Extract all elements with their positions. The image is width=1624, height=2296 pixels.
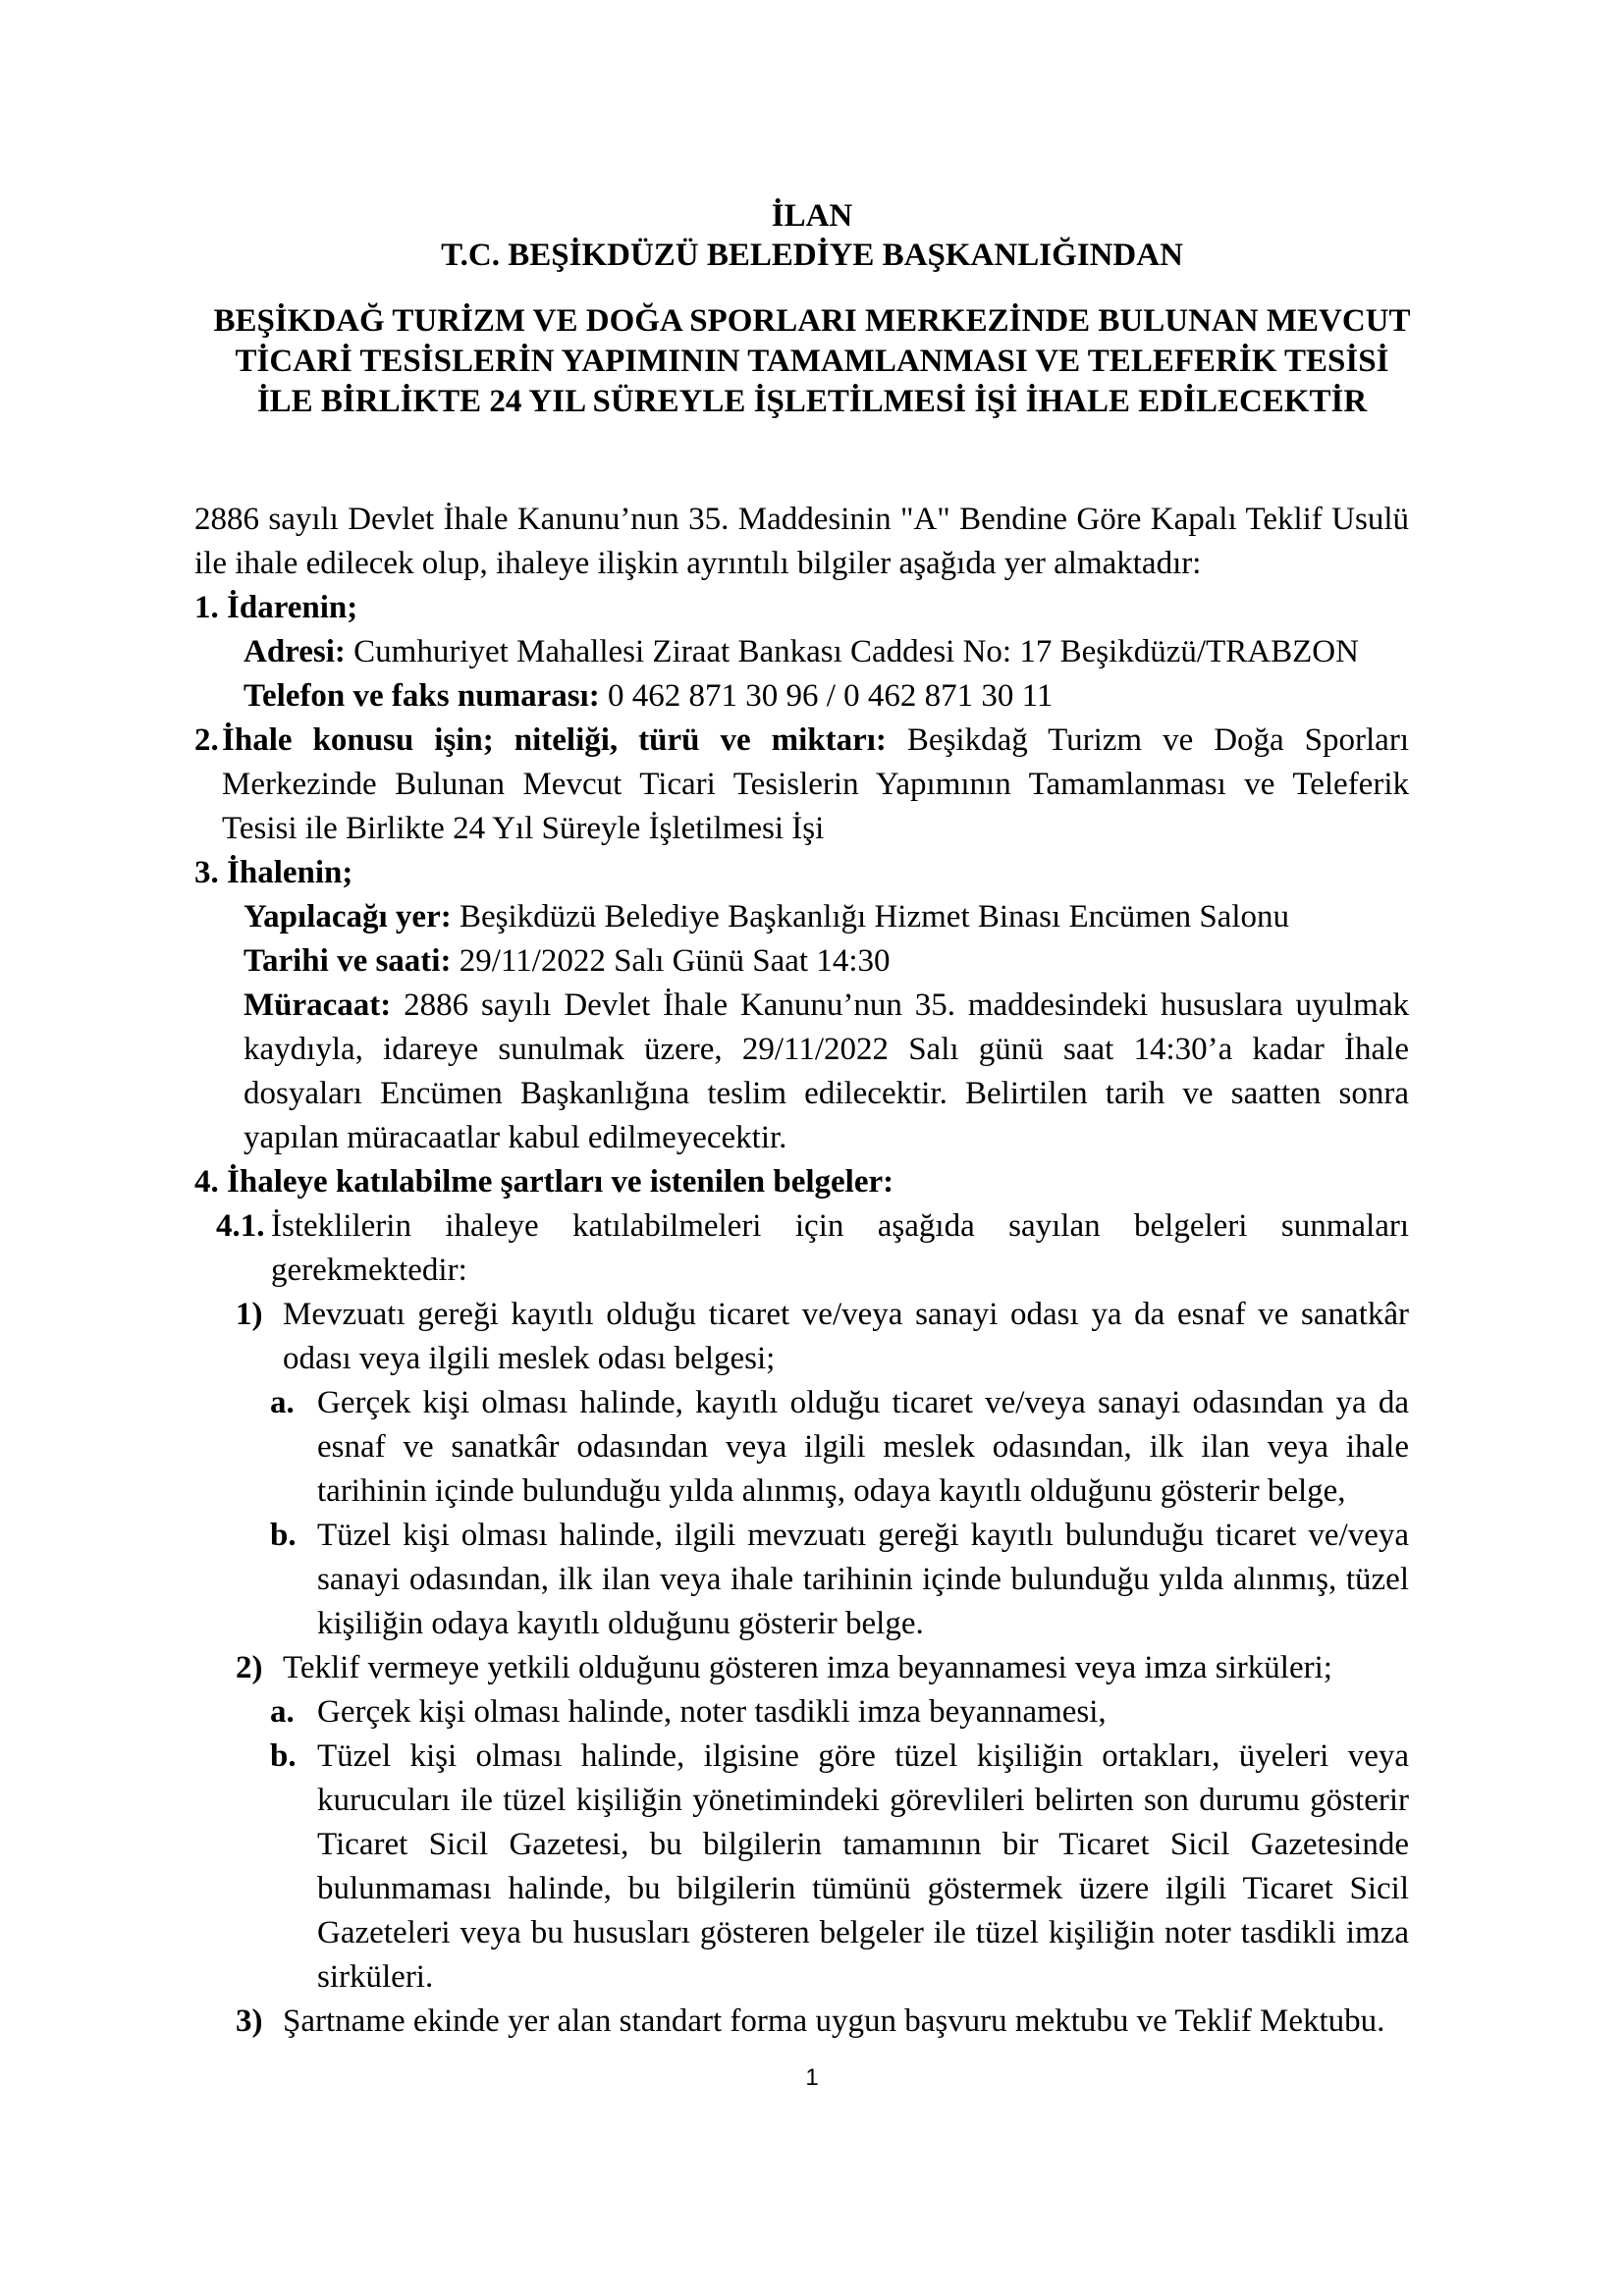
section-2-text: İhale konusu işin; niteliği, türü ve mik… <box>222 719 1409 851</box>
place-value: Beşikdüzü Belediye Başkanlığı Hizmet Bin… <box>452 899 1289 934</box>
item-1-text: Mevzuatı gereği kayıtlı olduğu ticaret v… <box>283 1293 1409 1381</box>
date-label: Tarihi ve saati: <box>244 943 451 979</box>
subject-line-2: TİCARİ TESİSLERİN YAPIMININ TAMAMLANMASI… <box>0 342 1624 382</box>
item-3-text: Şartname ekinde yer alan standart forma … <box>283 2000 1409 2044</box>
issuer-title: T.C. BEŞİKDÜZÜ BELEDİYE BAŞKANLIĞINDAN <box>0 234 1624 278</box>
requirement-item-1a: a. Gerçek kişi olması halinde, kayıtlı o… <box>194 1381 1409 1514</box>
item-1a-letter: a. <box>270 1381 317 1514</box>
subject-line-3: İLE BİRLİKTE 24 YIL SÜREYLE İŞLETİLMESİ … <box>0 382 1624 422</box>
item-2a-text: Gerçek kişi olması halinde, noter tasdik… <box>317 1690 1409 1735</box>
item-1b-letter: b. <box>270 1514 317 1646</box>
requirement-item-2: 2) Teklif vermeye yetkili olduğunu göste… <box>194 1646 1409 1690</box>
application-paragraph: Müracaat: 2886 sayılı Devlet İhale Kanun… <box>194 984 1409 1160</box>
item-2b-letter: b. <box>270 1735 317 2000</box>
announcement-title: İLAN <box>0 194 1624 239</box>
page-number: 1 <box>0 2056 1624 2100</box>
section-2-label: İhale konusu işin; niteliği, türü ve mik… <box>222 722 887 758</box>
application-label: Müracaat: <box>244 988 391 1023</box>
section-4-heading: 4. İhaleye katılabilme şartları ve isten… <box>194 1160 1409 1204</box>
phone-label: Telefon ve faks numarası: <box>244 678 600 714</box>
section-3-heading: 3. İhalenin; <box>194 851 1409 895</box>
intro-paragraph: 2886 sayılı Devlet İhale Kanunu’nun 35. … <box>194 498 1409 586</box>
requirement-item-2a: a. Gerçek kişi olması halinde, noter tas… <box>194 1690 1409 1735</box>
application-value: 2886 sayılı Devlet İhale Kanunu’nun 35. … <box>244 988 1409 1155</box>
item-2-text: Teklif vermeye yetkili olduğunu gösteren… <box>283 1646 1409 1690</box>
requirement-item-2b: b. Tüzel kişi olması halinde, ilgisine g… <box>194 1735 1409 2000</box>
subject-line-1: BEŞİKDAĞ TURİZM VE DOĞA SPORLARI MERKEZİ… <box>0 301 1624 342</box>
section-4-1-number: 4.1. <box>216 1204 271 1293</box>
subject-heading: BEŞİKDAĞ TURİZM VE DOĞA SPORLARI MERKEZİ… <box>0 301 1624 422</box>
section-2-number: 2. <box>194 719 222 851</box>
item-2b-text: Tüzel kişi olması halinde, ilgisine göre… <box>317 1735 1409 2000</box>
address-label: Adresi: <box>244 634 346 669</box>
requirement-item-1b: b. Tüzel kişi olması halinde, ilgili mev… <box>194 1514 1409 1646</box>
item-2-number: 2) <box>236 1646 283 1690</box>
requirement-item-3: 3) Şartname ekinde yer alan standart for… <box>194 2000 1409 2044</box>
section-1-heading: 1. İdarenin; <box>194 586 1409 630</box>
address-line: Adresi: Cumhuriyet Mahallesi Ziraat Bank… <box>194 630 1409 674</box>
item-1b-text: Tüzel kişi olması halinde, ilgili mevzua… <box>317 1514 1409 1646</box>
phone-line: Telefon ve faks numarası: 0 462 871 30 9… <box>194 674 1409 719</box>
section-4-1: 4.1. İsteklilerin ihaleye katılabilmeler… <box>194 1204 1409 1293</box>
item-1a-text: Gerçek kişi olması halinde, kayıtlı oldu… <box>317 1381 1409 1514</box>
document-page: İLAN T.C. BEŞİKDÜZÜ BELEDİYE BAŞKANLIĞIN… <box>0 0 1624 2296</box>
place-label: Yapılacağı yer: <box>244 899 452 934</box>
section-4-1-text: İsteklilerin ihaleye katılabilmeleri içi… <box>271 1204 1409 1293</box>
address-value: Cumhuriyet Mahallesi Ziraat Bankası Cadd… <box>346 634 1359 669</box>
phone-value: 0 462 871 30 96 / 0 462 871 30 11 <box>600 678 1054 714</box>
requirement-item-1: 1) Mevzuatı gereği kayıtlı olduğu ticare… <box>194 1293 1409 1381</box>
document-body: 2886 sayılı Devlet İhale Kanunu’nun 35. … <box>194 498 1409 2044</box>
date-value: 29/11/2022 Salı Günü Saat 14:30 <box>451 943 890 979</box>
date-line: Tarihi ve saati: 29/11/2022 Salı Günü Sa… <box>194 939 1409 984</box>
place-line: Yapılacağı yer: Beşikdüzü Belediye Başka… <box>194 895 1409 939</box>
item-3-number: 3) <box>236 2000 283 2044</box>
item-1-number: 1) <box>236 1293 283 1381</box>
item-2a-letter: a. <box>270 1690 317 1735</box>
section-2: 2. İhale konusu işin; niteliği, türü ve … <box>194 719 1409 851</box>
